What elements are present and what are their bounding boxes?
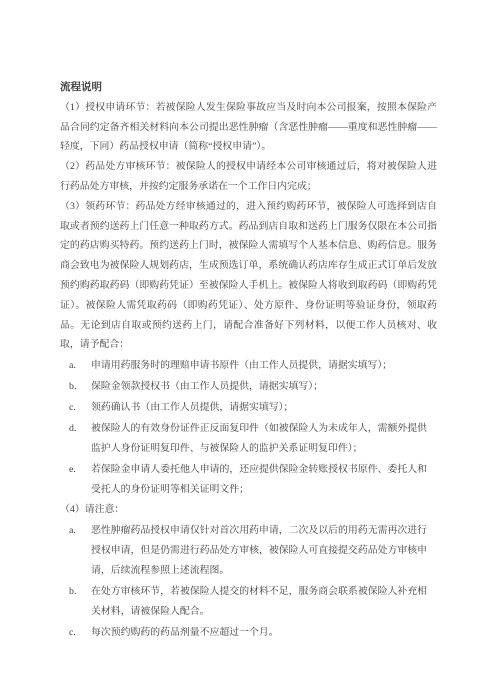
document-body: （1）授权申请环节：若被保险人发生保险事故应当及时向本公司报案，按照本保险产品合… bbox=[60, 98, 437, 643]
list-marker: b. bbox=[60, 582, 91, 622]
document-page: 流程说明 （1）授权申请环节：若被保险人发生保险事故应当及时向本公司报案，按照本… bbox=[0, 0, 495, 700]
document-title: 流程说明 bbox=[60, 78, 437, 98]
paragraph: （3）领药环节：药品处方经审核通过的，进入预约购药环节，被保险人可选择到店自取或… bbox=[60, 197, 437, 355]
paragraph: （4）请注意： bbox=[60, 500, 437, 520]
list-marker: c. bbox=[60, 623, 91, 643]
list-item: d.被保险人的有效身份证件正反面复印件（如被保险人为未成年人，需额外提供监护人身… bbox=[60, 419, 437, 459]
list-marker: a. bbox=[60, 521, 91, 581]
list-item: c.领药确认书（由工作人员提供，请据实填写）； bbox=[60, 398, 437, 418]
list-item-text: 领药确认书（由工作人员提供，请据实填写）； bbox=[91, 398, 427, 418]
list-item: b.保险金领款授权书（由工作人员提供，请据实填写）； bbox=[60, 377, 437, 397]
list-item-text: 被保险人的有效身份证件正反面复印件（如被保险人为未成年人，需额外提供监护人身份证… bbox=[91, 419, 427, 459]
list-item: c.每次预约购药的药品剂量不应超过一个月。 bbox=[60, 623, 437, 643]
list-item-text: 若保险金申请人委托他人申请的，还应提供保险金转账授权书原件、委托人和受托人的身份… bbox=[91, 460, 427, 500]
list-marker: b. bbox=[60, 377, 91, 397]
paragraph: （2）药品处方审核环节：被保险人的授权申请经本公司审核通过后，将对被保险人进行药… bbox=[60, 157, 437, 197]
list-marker: e. bbox=[60, 460, 91, 500]
list-item-text: 在处方审核环节，若被保险人提交的材料不足，服务商会联系被保险人补充相关材料，请被… bbox=[91, 582, 427, 622]
list-item: b.在处方审核环节，若被保险人提交的材料不足，服务商会联系被保险人补充相关材料，… bbox=[60, 582, 437, 622]
list-item: e.若保险金申请人委托他人申请的，还应提供保险金转账授权书原件、委托人和受托人的… bbox=[60, 460, 437, 500]
paragraph: （1）授权申请环节：若被保险人发生保险事故应当及时向本公司报案，按照本保险产品合… bbox=[60, 98, 437, 157]
list-marker: c. bbox=[60, 398, 91, 418]
list-item-text: 申请用药服务时的理赔申请书原件（由工作人员提供，请据实填写）； bbox=[91, 356, 427, 376]
list-item: a.申请用药服务时的理赔申请书原件（由工作人员提供，请据实填写）； bbox=[60, 356, 437, 376]
document-content: 流程说明 （1）授权申请环节：若被保险人发生保险事故应当及时向本公司报案，按照本… bbox=[60, 78, 437, 643]
list-item-text: 恶性肿瘤药品授权申请仅针对首次用药申请，二次及以后的用药无需再次进行授权申请，但… bbox=[91, 521, 427, 581]
list-marker: a. bbox=[60, 356, 91, 376]
list-item-text: 每次预约购药的药品剂量不应超过一个月。 bbox=[91, 623, 427, 643]
list-item-text: 保险金领款授权书（由工作人员提供，请据实填写）； bbox=[91, 377, 427, 397]
list-item: a.恶性肿瘤药品授权申请仅针对首次用药申请，二次及以后的用药无需再次进行授权申请… bbox=[60, 521, 437, 581]
list-marker: d. bbox=[60, 419, 91, 459]
